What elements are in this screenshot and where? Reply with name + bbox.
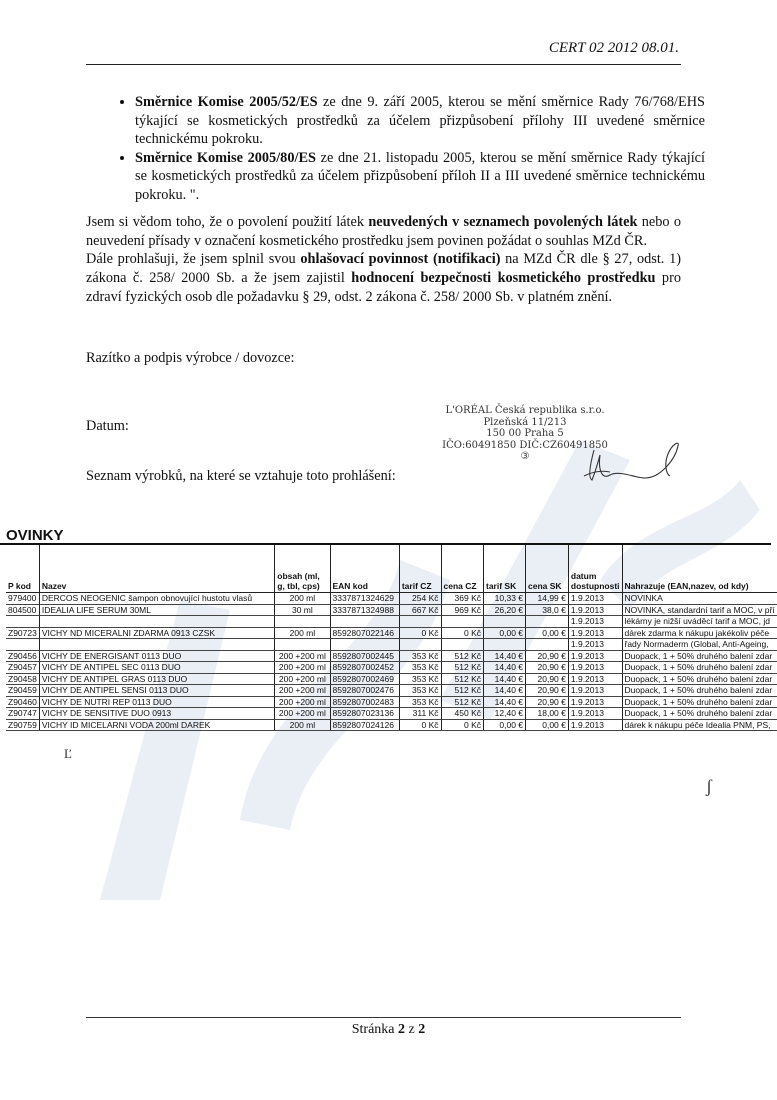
table-cell: Z90457	[6, 662, 39, 674]
table-cell: 1.9.2013	[568, 616, 622, 628]
table-cell: 667 Kč	[399, 604, 441, 616]
table-cell: 512 Kč	[441, 673, 483, 685]
table-cell: 1.9.2013	[568, 650, 622, 662]
table-cell: 200 +200 ml	[275, 673, 330, 685]
table-cell: 512 Kč	[441, 685, 483, 697]
table-cell: 14,99 €	[526, 593, 569, 605]
table-cell	[441, 639, 483, 651]
stamp-city: 150 00 Praha 5	[435, 428, 615, 440]
text: Dále prohlašuji, že jsem splnil svou	[86, 251, 300, 267]
stamp-street: Plzeňská 11/213	[435, 417, 615, 429]
table-cell	[275, 616, 330, 628]
table-cell: Z90723	[6, 627, 39, 639]
table-cell: 8592807022146	[330, 627, 399, 639]
page-number: Stránka 2 z 2	[0, 1022, 777, 1038]
table-cell: 20,90 €	[526, 685, 569, 697]
table-cell: 200 ml	[275, 593, 330, 605]
stamp-company: L'ORÉAL Česká republika s.r.o.	[435, 405, 615, 417]
table-cell: NOVINKA, standardní tarif a MOC, v pří	[622, 604, 777, 616]
table-cell: 14,40 €	[484, 673, 526, 685]
column-header: Nahrazuje (EAN,nazev, od kdy)	[622, 545, 777, 593]
column-header: EAN kod	[330, 545, 399, 593]
table-cell: 200 ml	[275, 719, 330, 731]
products-table: P kodNazevobsah (ml, g, tbl, cps)EAN kod…	[6, 545, 777, 731]
column-header: cena CZ	[441, 545, 483, 593]
table-cell	[6, 639, 39, 651]
table-cell: 8592807002483	[330, 696, 399, 708]
table-cell: řady Normaderm (Global, Anti-Ageing,	[622, 639, 777, 651]
table-cell: 20,90 €	[526, 662, 569, 674]
table-cell	[275, 639, 330, 651]
table-body: 979400DERCOS NEOGENIC šampon obnovující …	[6, 593, 777, 731]
date-label: Datum:	[86, 418, 129, 435]
table-cell: 1.9.2013	[568, 696, 622, 708]
table-cell: Duopack, 1 + 50% druhého balení zdar	[622, 650, 777, 662]
directive-title: Směrnice Komise 2005/80/ES	[135, 150, 316, 166]
table-cell: 0,00 €	[484, 627, 526, 639]
table-cell	[526, 639, 569, 651]
directive-item: Směrnice Komise 2005/80/ES ze dne 21. li…	[135, 149, 705, 205]
current-page: 2	[398, 1022, 405, 1037]
table-cell: 804500	[6, 604, 39, 616]
column-header: P kod	[6, 545, 39, 593]
table-cell: 353 Kč	[399, 662, 441, 674]
table-cell: 512 Kč	[441, 662, 483, 674]
table-cell: dárek k nákupu péče Idealia PNM, PS,	[622, 719, 777, 731]
table-cell	[484, 639, 526, 651]
table-cell: 311 Kč	[399, 708, 441, 720]
table-cell: 20,90 €	[526, 673, 569, 685]
table-cell: 14,40 €	[484, 650, 526, 662]
column-header: datum dostupnosti	[568, 545, 622, 593]
table-cell: 200 +200 ml	[275, 696, 330, 708]
header-divider	[86, 64, 681, 65]
directive-title: Směrnice Komise 2005/52/ES	[135, 94, 318, 110]
table-cell: Duopack, 1 + 50% druhého balení zdar	[622, 696, 777, 708]
table-cell	[441, 616, 483, 628]
table-section-title: OVINKY	[6, 527, 64, 544]
table-cell: 18,00 €	[526, 708, 569, 720]
document-reference: CERT 02 2012 08.01.	[549, 40, 679, 57]
table-cell: VICHY ND MICERALNI ZDARMA 0913 CZSK	[39, 627, 274, 639]
table-cell: Z90458	[6, 673, 39, 685]
table-cell: 8592807002476	[330, 685, 399, 697]
table-cell: Duopack, 1 + 50% druhého balení zdar	[622, 708, 777, 720]
table-cell: 0 Kč	[441, 719, 483, 731]
table-cell: 26,20 €	[484, 604, 526, 616]
text: Jsem si vědom toho, že o povolení použit…	[86, 214, 368, 230]
table-cell: VICHY DE ENERGISANT 0113 DUO	[39, 650, 274, 662]
table-cell: Z90747	[6, 708, 39, 720]
table-cell: 1.9.2013	[568, 627, 622, 639]
table-cell: 1.9.2013	[568, 604, 622, 616]
table-cell: 1.9.2013	[568, 662, 622, 674]
table-cell: IDEALIA LIFE SERUM 30ML	[39, 604, 274, 616]
table-cell: 8592807023136	[330, 708, 399, 720]
table-cell: VICHY DE SENSITIVE DUO 0913	[39, 708, 274, 720]
table-cell: 1.9.2013	[568, 685, 622, 697]
table-cell: 3337871324629	[330, 593, 399, 605]
table-cell: 353 Kč	[399, 650, 441, 662]
table-cell	[399, 616, 441, 628]
table-cell: 20,90 €	[526, 650, 569, 662]
table-cell: 12,40 €	[484, 708, 526, 720]
table-cell: Z90456	[6, 650, 39, 662]
table-row: Z90723VICHY ND MICERALNI ZDARMA 0913 CZS…	[6, 627, 777, 639]
table-cell: 512 Kč	[441, 696, 483, 708]
table-cell: VICHY DE NUTRI REP 0113 DUO	[39, 696, 274, 708]
table-cell: 353 Kč	[399, 685, 441, 697]
page-label: Stránka	[352, 1022, 398, 1037]
page-sep: z	[405, 1022, 418, 1037]
table-cell	[39, 639, 274, 651]
table-cell: 8592807002469	[330, 673, 399, 685]
table-cell: 30 ml	[275, 604, 330, 616]
table-cell: Z90460	[6, 696, 39, 708]
table-cell: 1.9.2013	[568, 708, 622, 720]
table-cell	[330, 616, 399, 628]
table-cell: 979400	[6, 593, 39, 605]
directive-list: Směrnice Komise 2005/52/ES ze dne 9. zář…	[108, 93, 705, 205]
table-cell: dárek zdarma k nákupu jakékoliv péče	[622, 627, 777, 639]
table-cell: 1.9.2013	[568, 719, 622, 731]
table-cell: 254 Kč	[399, 593, 441, 605]
table-cell: VICHY DE ANTIPEL GRAS 0113 DUO	[39, 673, 274, 685]
table-cell: 200 +200 ml	[275, 650, 330, 662]
table-cell: 14,40 €	[484, 696, 526, 708]
table-cell: 1.9.2013	[568, 593, 622, 605]
table-cell: 0 Kč	[399, 719, 441, 731]
table-cell: VICHY ID MICELARNI VODA 200ml DAREK	[39, 719, 274, 731]
column-header: tarif SK	[484, 545, 526, 593]
table-cell: 353 Kč	[399, 696, 441, 708]
table-cell: 20,90 €	[526, 696, 569, 708]
column-header: obsah (ml, g, tbl, cps)	[275, 545, 330, 593]
table-row: 1.9.2013lékárny je nižší uváděcí tarif a…	[6, 616, 777, 628]
table-cell: 38,0 €	[526, 604, 569, 616]
table-cell: 1.9.2013	[568, 673, 622, 685]
table-cell: 1.9.2013	[568, 639, 622, 651]
table-cell	[484, 616, 526, 628]
table-cell: 8592807024126	[330, 719, 399, 731]
table-cell: 0 Kč	[441, 627, 483, 639]
emphasis: ohlašovací povinnost (notifikaci)	[300, 251, 500, 267]
emphasis: neuvedených v seznamech povolených látek	[368, 214, 637, 230]
table-cell: 0,00 €	[526, 627, 569, 639]
table-cell	[399, 639, 441, 651]
table-cell: 8592807002452	[330, 662, 399, 674]
table-cell	[39, 616, 274, 628]
table-cell: NOVINKA	[622, 593, 777, 605]
table-cell: Duopack, 1 + 50% druhého balení zdar	[622, 685, 777, 697]
table-cell: VICHY DE ANTIPEL SEC 0113 DUO	[39, 662, 274, 674]
total-pages: 2	[418, 1022, 425, 1037]
table-cell	[526, 616, 569, 628]
column-header: tarif CZ	[399, 545, 441, 593]
table-cell	[330, 639, 399, 651]
table-cell: 200 ml	[275, 627, 330, 639]
table-cell: 8592807002445	[330, 650, 399, 662]
table-row: Z90458VICHY DE ANTIPEL GRAS 0113 DUO200 …	[6, 673, 777, 685]
emphasis: hodnocení bezpečnosti kosmetického prost…	[351, 270, 655, 286]
table-cell: 353 Kč	[399, 673, 441, 685]
table-row: 979400DERCOS NEOGENIC šampon obnovující …	[6, 593, 777, 605]
product-list-label: Seznam výrobků, na které se vztahuje tot…	[86, 468, 396, 485]
table-cell: Duopack, 1 + 50% druhého balení zdar	[622, 673, 777, 685]
table-cell: 3337871324988	[330, 604, 399, 616]
table-row: Z90456VICHY DE ENERGISANT 0113 DUO200 +2…	[6, 650, 777, 662]
footer-divider	[86, 1017, 681, 1018]
table-cell: 200 +200 ml	[275, 662, 330, 674]
table-cell: 10,33 €	[484, 593, 526, 605]
table-cell: lékárny je nižší uváděcí tarif a MOC, jd	[622, 616, 777, 628]
table-cell: 0,00 €	[484, 719, 526, 731]
table-row: Z90459VICHY DE ANTIPEL SENSI 0113 DUO200…	[6, 685, 777, 697]
directive-item: Směrnice Komise 2005/52/ES ze dne 9. zář…	[135, 93, 705, 149]
signature-icon	[580, 440, 690, 490]
table-cell: DERCOS NEOGENIC šampon obnovující hustot…	[39, 593, 274, 605]
table-row: Z90759VICHY ID MICELARNI VODA 200ml DARE…	[6, 719, 777, 731]
table-cell: Z90759	[6, 719, 39, 731]
table-row: Z90460VICHY DE NUTRI REP 0113 DUO200 +20…	[6, 696, 777, 708]
table-row: Z90747VICHY DE SENSITIVE DUO 0913200 +20…	[6, 708, 777, 720]
table-cell: 969 Kč	[441, 604, 483, 616]
declaration-paragraph-1: Jsem si vědom toho, že o povolení použit…	[86, 213, 681, 251]
table-cell: 200 +200 ml	[275, 685, 330, 697]
table-cell: 14,40 €	[484, 685, 526, 697]
table-cell: 0 Kč	[399, 627, 441, 639]
table-cell: 512 Kč	[441, 650, 483, 662]
table-row: Z90457VICHY DE ANTIPEL SEC 0113 DUO200 +…	[6, 662, 777, 674]
table-row: 1.9.2013řady Normaderm (Global, Anti-Age…	[6, 639, 777, 651]
table-cell: 0,00 €	[526, 719, 569, 731]
table-cell: 200 +200 ml	[275, 708, 330, 720]
stamp-signature-label: Razítko a podpis výrobce / dovozce:	[86, 350, 294, 367]
handwritten-mark: Ľ	[64, 746, 72, 762]
table-row: 804500IDEALIA LIFE SERUM 30ML30 ml333787…	[6, 604, 777, 616]
table-header-row: P kodNazevobsah (ml, g, tbl, cps)EAN kod…	[6, 545, 777, 593]
table-cell: Duopack, 1 + 50% druhého balení zdar	[622, 662, 777, 674]
column-header: Nazev	[39, 545, 274, 593]
column-header: cena SK	[526, 545, 569, 593]
table-cell: VICHY DE ANTIPEL SENSI 0113 DUO	[39, 685, 274, 697]
handwritten-mark: ʃ	[706, 776, 712, 797]
table-cell: 450 Kč	[441, 708, 483, 720]
declaration-paragraph-2: Dále prohlašuji, že jsem splnil svou ohl…	[86, 250, 681, 307]
table-cell: 369 Kč	[441, 593, 483, 605]
table-cell	[6, 616, 39, 628]
table-cell: 14,40 €	[484, 662, 526, 674]
table-cell: Z90459	[6, 685, 39, 697]
